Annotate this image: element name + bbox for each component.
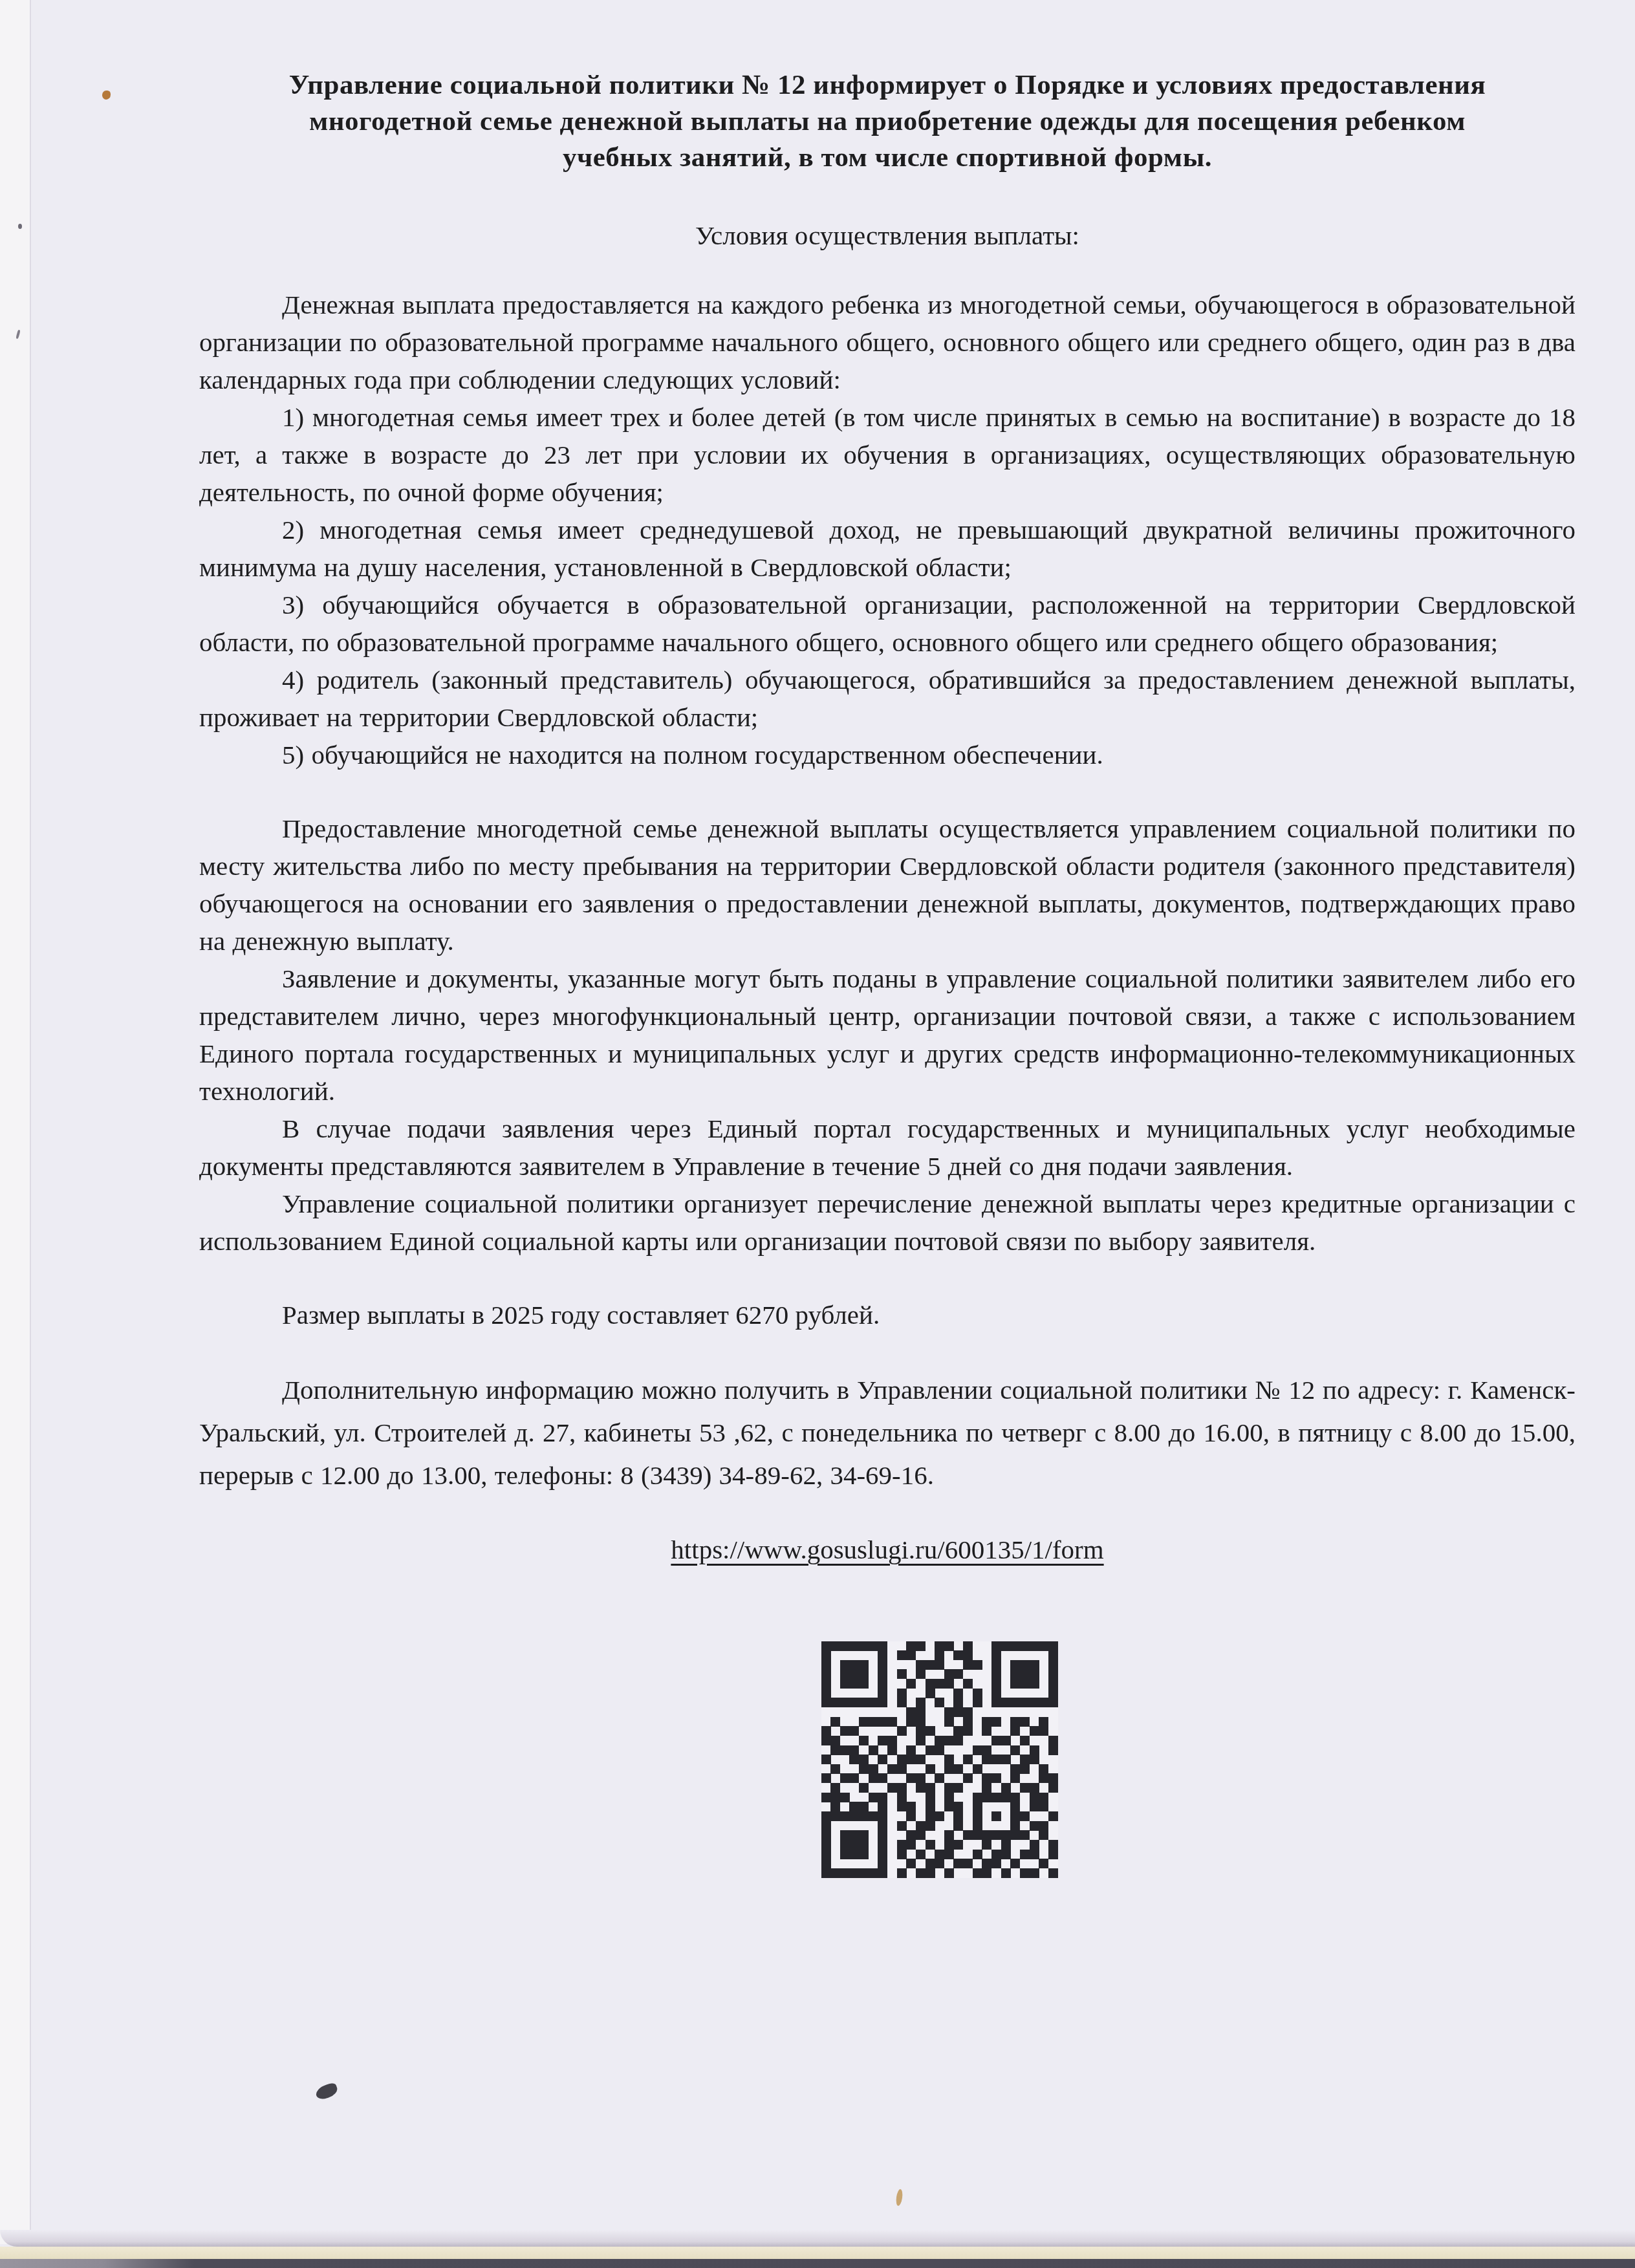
link-row: https://www.gosuslugi.ru/600135/1/form [199, 1534, 1575, 1565]
qr-code [821, 1641, 1058, 1878]
payment-amount-line: Размер выплаты в 2025 году составляет 62… [199, 1296, 1575, 1334]
conditions-heading: Условия осуществления выплаты: [199, 219, 1575, 252]
paragraph: 2) многодетная семья имеет среднедушевой… [199, 511, 1575, 586]
paragraph: 4) родитель (законный представитель) обу… [199, 661, 1575, 736]
paragraph: 1) многодетная семья имеет трех и более … [199, 398, 1575, 511]
contact-info-paragraph: Дополнительную информацию можно получить… [199, 1368, 1575, 1496]
paragraph: 3) обучающийся обучается в образовательн… [199, 586, 1575, 661]
scanner-strip-cream [0, 2247, 1635, 2260]
scanner-strip-dark [0, 2259, 1635, 2268]
paragraph: В случае подачи заявления через Единый п… [199, 1110, 1575, 1185]
paper-bottom-edge [0, 2230, 1635, 2247]
title-line-1: Управление социальной политики № 12 инфо… [199, 67, 1575, 103]
gosuslugi-form-link[interactable]: https://www.gosuslugi.ru/600135/1/form [671, 1535, 1103, 1564]
paragraph: Управление социальной политики организуе… [199, 1185, 1575, 1260]
paragraph: Предоставление многодетной семье денежно… [199, 810, 1575, 960]
title-line-2: многодетной семье денежной выплаты на пр… [199, 103, 1575, 140]
paragraph: Заявление и документы, указанные могут б… [199, 960, 1575, 1110]
scanned-document: Управление социальной политики № 12 инфо… [0, 0, 1635, 2268]
paragraph: Денежная выплата предоставляется на кажд… [199, 286, 1575, 398]
document-page: Управление социальной политики № 12 инфо… [0, 0, 1635, 2244]
scan-artifact-edge-dot [18, 224, 22, 229]
title-line-3: учебных занятий, в том числе спортивной … [199, 140, 1575, 176]
document-title: Управление социальной политики № 12 инфо… [199, 67, 1575, 176]
qr-code-image [821, 1641, 1058, 1878]
conditions-list: Денежная выплата предоставляется на кажд… [199, 286, 1575, 773]
paragraph: 5) обучающийся не находится на полном го… [199, 736, 1575, 773]
procedure-paragraphs: Предоставление многодетной семье денежно… [199, 810, 1575, 1260]
